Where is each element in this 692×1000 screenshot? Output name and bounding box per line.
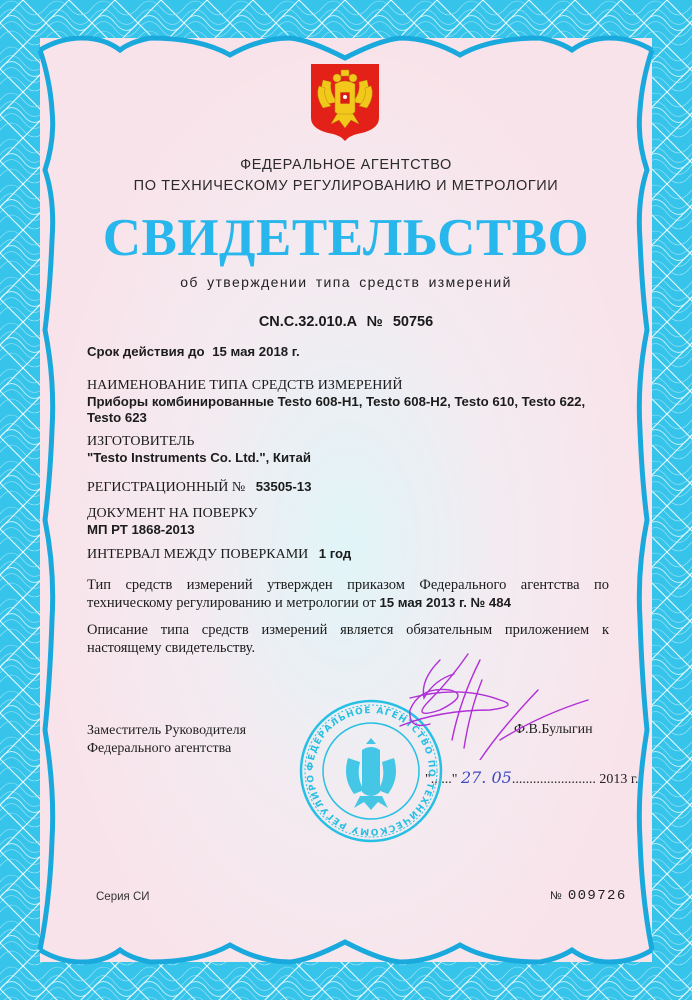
registration-field: РЕГИСТРАЦИОННЫЙ № 53505-13 bbox=[87, 478, 609, 496]
position-line-1: Заместитель Руководителя bbox=[87, 722, 246, 740]
signatory-position: Заместитель Руководителя Федерального аг… bbox=[87, 722, 246, 758]
registration-value: 53505-13 bbox=[256, 479, 312, 494]
certificate-number: CN.C.32.010.A № 50756 bbox=[0, 314, 692, 330]
serial-number: №009726 bbox=[550, 888, 627, 904]
registration-label: РЕГИСТРАЦИОННЫЙ № bbox=[87, 480, 245, 495]
series-label: Серия СИ bbox=[96, 891, 150, 903]
validity: Срок действия до 15 мая 2018 г. bbox=[87, 344, 609, 359]
number-sign: № bbox=[367, 314, 383, 330]
agency-line-1: ФЕДЕРАЛЬНОЕ АГЕНТСТВО bbox=[0, 155, 692, 176]
position-line-2: Федерального агентства bbox=[87, 740, 246, 758]
approval-text: Тип средств измерений утвержден приказом… bbox=[87, 577, 609, 611]
serial-number-sign: № bbox=[550, 890, 562, 902]
document-title: СВИДЕТЕЛЬСТВО bbox=[0, 208, 692, 268]
handwritten-signature bbox=[380, 640, 600, 760]
type-name-field: НАИМЕНОВАНИЕ ТИПА СРЕДСТВ ИЗМЕРЕНИЙ Приб… bbox=[87, 377, 609, 426]
russian-coat-of-arms-icon bbox=[309, 62, 381, 142]
approval-paragraph: Тип средств измерений утвержден приказом… bbox=[87, 576, 609, 612]
manufacturer-label: ИЗГОТОВИТЕЛЬ bbox=[87, 433, 609, 450]
validity-date: 15 мая 2018 г. bbox=[212, 344, 299, 359]
interval-field: ИНТЕРВАЛ МЕЖДУ ПОВЕРКАМИ 1 год bbox=[87, 545, 609, 563]
agency-name: ФЕДЕРАЛЬНОЕ АГЕНТСТВО ПО ТЕХНИЧЕСКОМУ РЕ… bbox=[0, 155, 692, 197]
date-dots: ........................ bbox=[512, 772, 596, 787]
signature-date: "......" 27. 05........................ … bbox=[425, 768, 639, 788]
type-name-label: НАИМЕНОВАНИЕ ТИПА СРЕДСТВ ИЗМЕРЕНИЙ bbox=[87, 377, 609, 394]
approval-date: 15 мая 2013 г. № 484 bbox=[379, 595, 510, 610]
document-subtitle: об утверждении типа средств измерений bbox=[0, 274, 692, 290]
verification-doc-field: ДОКУМЕНТ НА ПОВЕРКУ МП РТ 1868-2013 bbox=[87, 505, 609, 538]
type-name-value: Приборы комбинированные Testo 608-H1, Te… bbox=[87, 394, 607, 426]
interval-value: 1 год bbox=[319, 546, 352, 561]
manufacturer-value: "Testo Instruments Co. Ltd.", Китай bbox=[87, 450, 609, 466]
validity-label: Срок действия до bbox=[87, 344, 205, 359]
verification-doc-label: ДОКУМЕНТ НА ПОВЕРКУ bbox=[87, 505, 609, 522]
manufacturer-field: ИЗГОТОВИТЕЛЬ "Testo Instruments Co. Ltd.… bbox=[87, 433, 609, 466]
date-year: 2013 г. bbox=[599, 772, 638, 787]
agency-line-2: ПО ТЕХНИЧЕСКОМУ РЕГУЛИРОВАНИЮ И МЕТРОЛОГ… bbox=[0, 176, 692, 197]
certificate-code: CN.C.32.010.A bbox=[259, 314, 357, 330]
verification-doc-value: МП РТ 1868-2013 bbox=[87, 522, 609, 538]
serial-number-value: 009726 bbox=[568, 888, 627, 904]
certificate-number-value: 50756 bbox=[393, 314, 433, 330]
interval-label: ИНТЕРВАЛ МЕЖДУ ПОВЕРКАМИ bbox=[87, 547, 308, 562]
date-handwritten: 27. 05 bbox=[461, 768, 512, 787]
